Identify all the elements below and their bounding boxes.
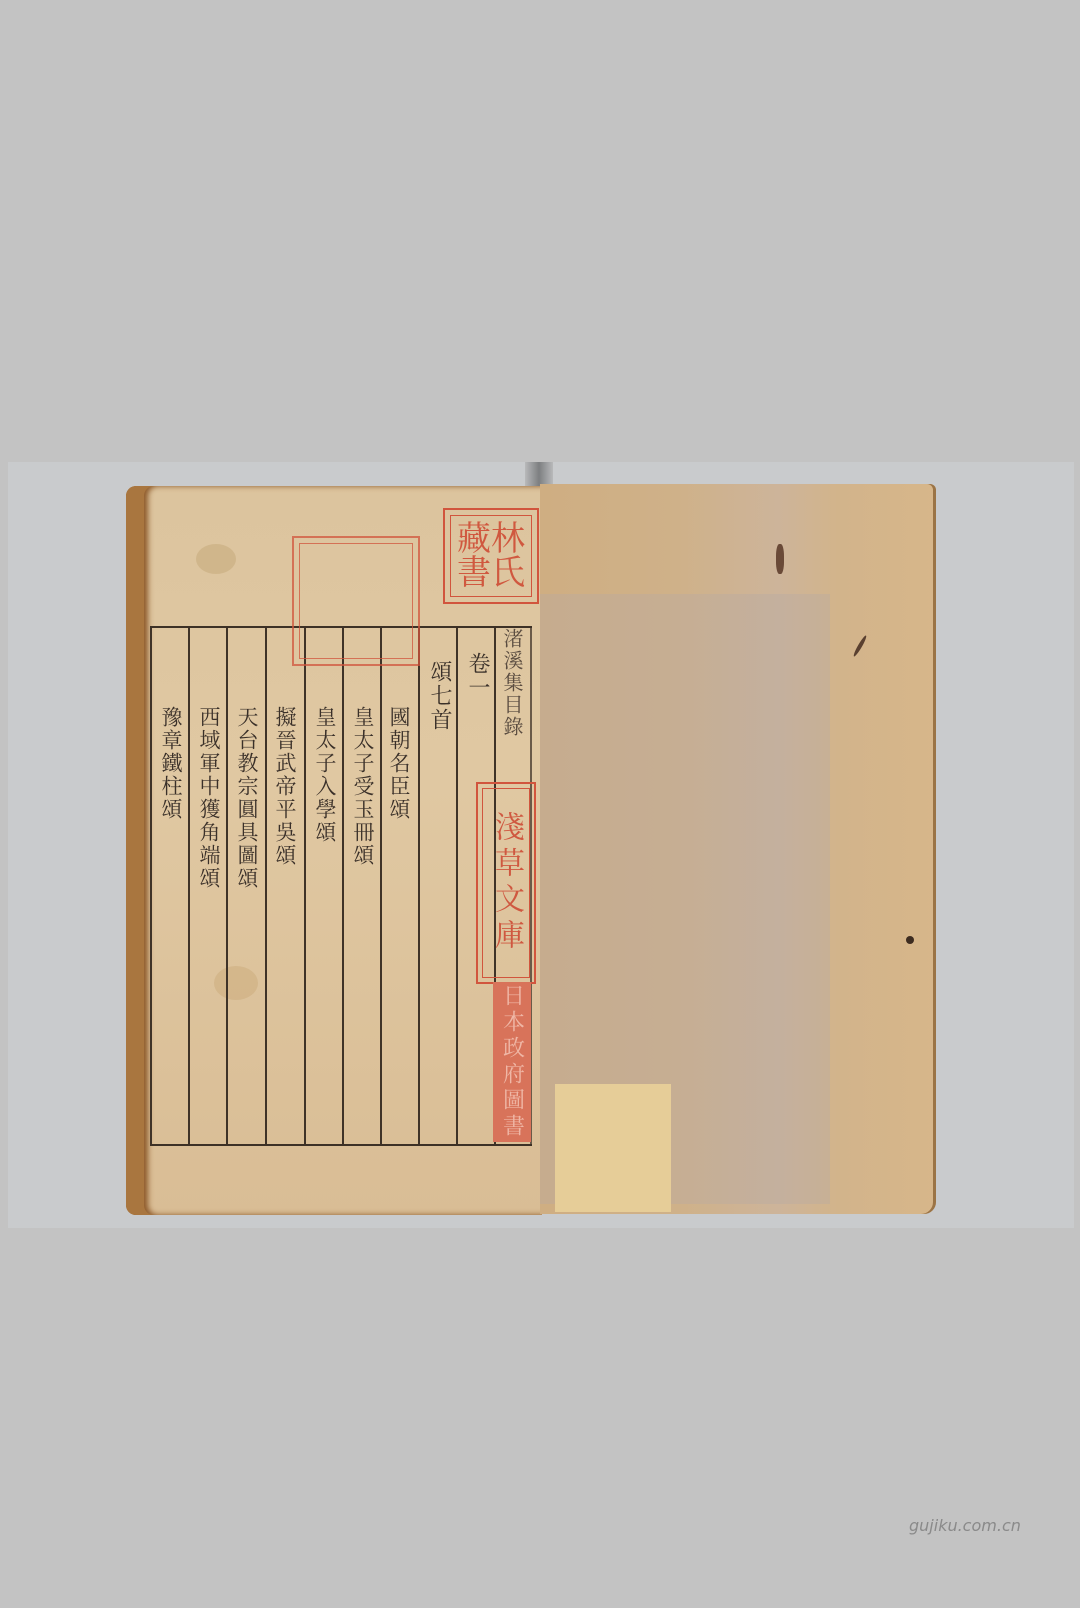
column-rule: [418, 628, 420, 1144]
toc-entry: 皇太子入學頌: [314, 706, 335, 844]
watermark: gujiku.com.cn: [909, 1516, 1021, 1535]
collector-seal-square: 林 藏 氏 書: [443, 508, 539, 604]
column-rule: [226, 628, 228, 1144]
column-rule: [265, 628, 267, 1144]
column-rule: [150, 628, 152, 1144]
column-rule: [380, 628, 382, 1144]
toc-entry: 豫章鐵柱頌: [160, 706, 181, 821]
seal-text: 林 藏 氏 書: [457, 522, 525, 590]
toc-entry: 西域軍中獲角端頌: [198, 706, 219, 890]
column-rule: [342, 628, 344, 1144]
paper-stain: [196, 544, 236, 574]
toc-entry: 國朝名臣頌: [388, 706, 409, 821]
ink-spot: [776, 544, 784, 574]
volume-label: 卷一: [466, 652, 488, 700]
column-rule: [188, 628, 190, 1144]
asakusa-bunko-seal: 淺草文庫: [476, 782, 536, 984]
government-library-seal: 日本政府圖書: [493, 982, 531, 1142]
section-heading: 頌七首: [428, 660, 450, 732]
right-page: [540, 484, 936, 1214]
column-rule: [304, 628, 306, 1144]
ink-dot: [906, 936, 914, 944]
faded-square-seal: [292, 536, 420, 666]
toc-entry: 皇太子受玉冊頌: [352, 706, 373, 867]
toc-entry: 天台教宗圓具圖頌: [236, 706, 257, 890]
ink-scratch: [852, 635, 867, 658]
column-rule: [456, 628, 458, 1144]
book-title: 渚溪集目錄: [502, 628, 522, 738]
toc-entry: 擬晉武帝平吳頌: [274, 706, 295, 867]
paper-repair-patch: [555, 1084, 671, 1212]
